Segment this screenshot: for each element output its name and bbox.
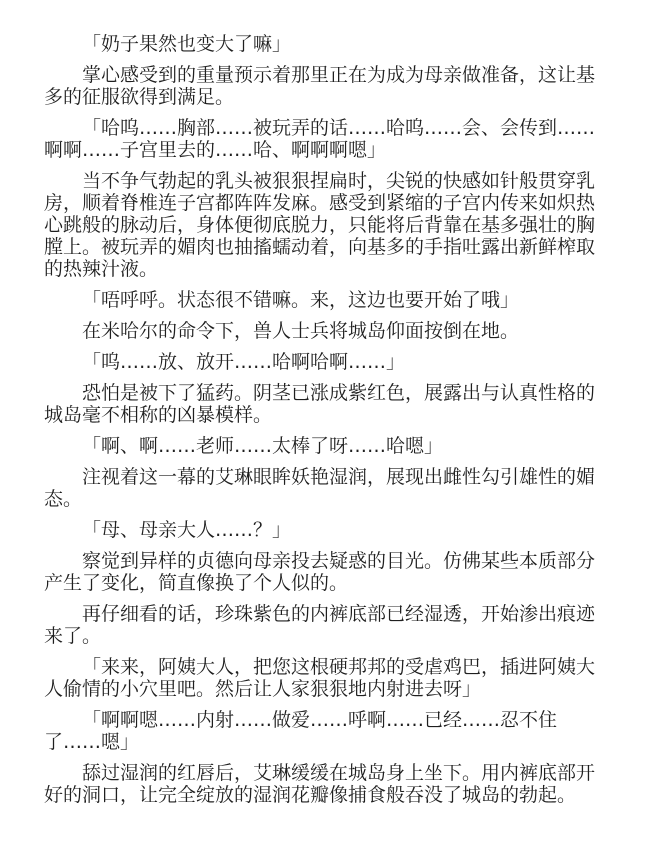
- novel-page: 「奶子果然也变大了嘛」掌心感受到的重量预示着那里正在为成为母亲做准备，这让基多的…: [0, 0, 650, 850]
- paragraph: 注视着这一幕的艾琳眼眸妖艳湿润，展现出雌性勾引雄性的媚态。: [44, 466, 600, 510]
- text-body: 「奶子果然也变大了嘛」掌心感受到的重量预示着那里正在为成为母亲做准备，这让基多的…: [44, 33, 600, 806]
- paragraph: 掌心感受到的重量预示着那里正在为成为母亲做准备，这让基多的征服欲得到满足。: [44, 64, 600, 108]
- paragraph: 察觉到异样的贞德向母亲投去疑惑的目光。仿佛某些本质部分产生了变化，简直像换了个人…: [44, 550, 600, 594]
- paragraph: 「呜……放、放开……哈啊哈啊……」: [44, 351, 600, 373]
- paragraph: 「哈呜……胸部……被玩弄的话……哈呜……会、会传到……啊啊……子宫里去的……哈、…: [44, 117, 600, 161]
- paragraph: 在米哈尔的命令下，兽人士兵将城岛仰面按倒在地。: [44, 320, 600, 342]
- paragraph: 舔过湿润的红唇后，艾琳缓缓在城岛身上坐下。用内裤底部开好的洞口，让完全绽放的湿润…: [44, 762, 600, 806]
- paragraph: 再仔细看的话，珍珠紫色的内裤底部已经湿透，开始渗出痕迹来了。: [44, 603, 600, 647]
- paragraph: 「啊啊嗯……内射……做爱……呼啊……已经……忍不住了……嗯」: [44, 709, 600, 753]
- paragraph: 恐怕是被下了猛药。阴茎已涨成紫红色，展露出与认真性格的城岛毫不相称的凶暴模样。: [44, 382, 600, 426]
- paragraph: 「来来，阿姨大人，把您这根硬邦邦的受虐鸡巴，插进阿姨大人偷情的小穴里吧。然后让人…: [44, 656, 600, 700]
- paragraph: 「奶子果然也变大了嘛」: [44, 33, 600, 55]
- paragraph: 「母、母亲大人……？」: [44, 519, 600, 541]
- paragraph: 当不争气勃起的乳头被狠狠捏扁时，尖锐的快感如针般贯穿乳房，顺着脊椎连子宫都阵阵发…: [44, 170, 600, 280]
- paragraph: 「唔呼呼。状态很不错嘛。来，这边也要开始了哦」: [44, 289, 600, 311]
- paragraph: 「啊、啊……老师……太棒了呀……哈嗯」: [44, 435, 600, 457]
